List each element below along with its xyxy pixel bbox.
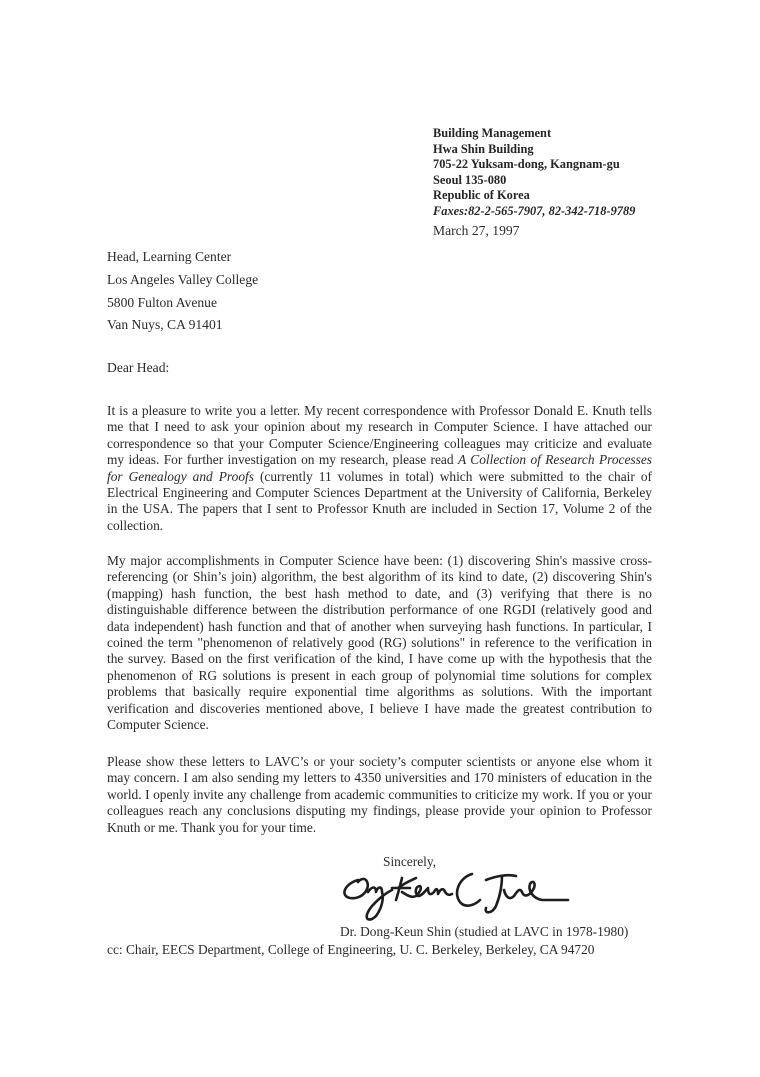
recipient-line: 5800 Fulton Avenue	[107, 292, 258, 315]
letter-page: Building Management Hwa Shin Building 70…	[0, 0, 760, 1077]
sender-line: Building Management	[433, 126, 635, 142]
sender-line: Republic of Korea	[433, 188, 635, 204]
sender-line: Seoul 135-080	[433, 173, 635, 189]
signer-name: Dr. Dong-Keun Shin (studied at LAVC in 1…	[340, 924, 628, 940]
recipient-address-block: Head, Learning Center Los Angeles Valley…	[107, 246, 258, 337]
recipient-line: Van Nuys, CA 91401	[107, 314, 258, 337]
body-paragraph-3: Please show these letters to LAVC’s or y…	[107, 754, 652, 836]
salutation: Dear Head:	[107, 360, 169, 376]
recipient-line: Head, Learning Center	[107, 246, 258, 269]
sender-line: 705-22 Yuksam-dong, Kangnam-gu	[433, 157, 635, 173]
sender-address-block: Building Management Hwa Shin Building 70…	[433, 126, 635, 220]
signature-icon	[336, 866, 576, 926]
body-paragraph-2: My major accomplishments in Computer Sci…	[107, 553, 652, 733]
sender-line: Hwa Shin Building	[433, 142, 635, 158]
sender-faxes: Faxes:82-2-565-7907, 82-342-718-9789	[433, 204, 635, 220]
body-paragraph-1: It is a pleasure to write you a letter. …	[107, 403, 652, 534]
cc-line: cc: Chair, EECS Department, College of E…	[107, 942, 594, 958]
recipient-line: Los Angeles Valley College	[107, 269, 258, 292]
letter-date: March 27, 1997	[433, 223, 519, 239]
